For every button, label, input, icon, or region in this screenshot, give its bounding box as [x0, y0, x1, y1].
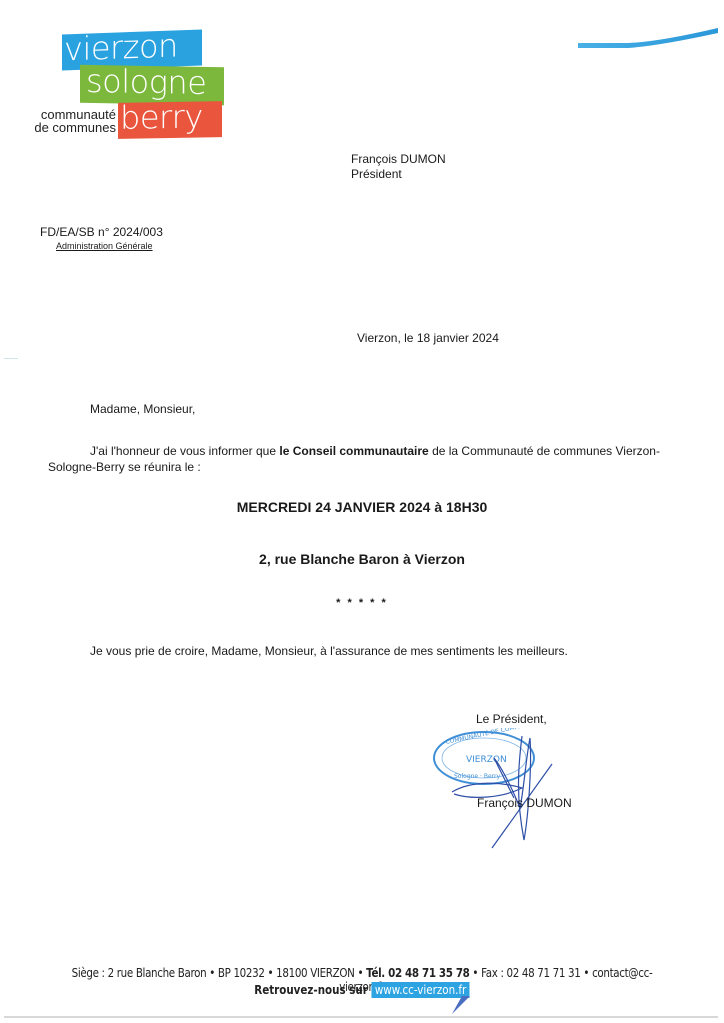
svg-text:Sologne · Berry: Sologne · Berry	[454, 773, 500, 780]
footer-web-line: Retrouvez-nous sur www.cc-vierzon.fr	[51, 983, 674, 997]
salutation: Madame, Monsieur,	[90, 402, 195, 416]
footer-phone: Tél. 02 48 71 35 78	[366, 966, 469, 980]
footer-divider	[4, 1016, 718, 1018]
reference-code: FD/EA/SB n° 2024/003	[40, 225, 163, 239]
event-datetime: MERCREDI 24 JANVIER 2024 à 18H30	[0, 499, 724, 515]
intro-paragraph: J'ai l'honneur de vous informer que le C…	[48, 443, 668, 475]
footer-address: Siège : 2 rue Blanche Baron • BP 10232 •…	[72, 966, 366, 980]
signature-title: Le Président,	[476, 712, 547, 726]
closing-formula: Je vous prie de croire, Madame, Monsieur…	[90, 644, 568, 658]
reference-department: Administration Générale	[56, 239, 163, 253]
sender-block: François DUMON Président	[351, 152, 446, 182]
signatory-name: François DUMON	[477, 796, 572, 810]
organization-logo: vierzon sologne berry communauté de comm…	[26, 30, 226, 142]
svg-text:COMMUNAUTÉ DE COMMUNES: COMMUNAUTÉ DE COMMUNES	[445, 728, 537, 746]
event-place: 2, rue Blanche Baron à Vierzon	[0, 551, 724, 567]
separator: * * * * *	[0, 597, 724, 609]
margin-mark	[4, 358, 18, 359]
logo-block-berry: berry	[118, 101, 222, 139]
logo-subtitle: communauté de communes	[26, 108, 116, 134]
council-name: le Conseil communautaire	[279, 444, 428, 458]
official-stamp-signature-icon: COMMUNAUTÉ DE COMMUNES VIERZON Sologne ·…	[432, 728, 582, 858]
svg-text:VIERZON: VIERZON	[466, 755, 507, 765]
sender-title: Président	[351, 167, 446, 182]
sender-name: François DUMON	[351, 152, 446, 167]
reference-block: FD/EA/SB n° 2024/003 Administration Géné…	[40, 225, 163, 253]
letter-date: Vierzon, le 18 janvier 2024	[357, 331, 499, 345]
swoosh-decoration-icon	[578, 24, 720, 54]
footer-arrow-icon	[440, 996, 470, 1014]
